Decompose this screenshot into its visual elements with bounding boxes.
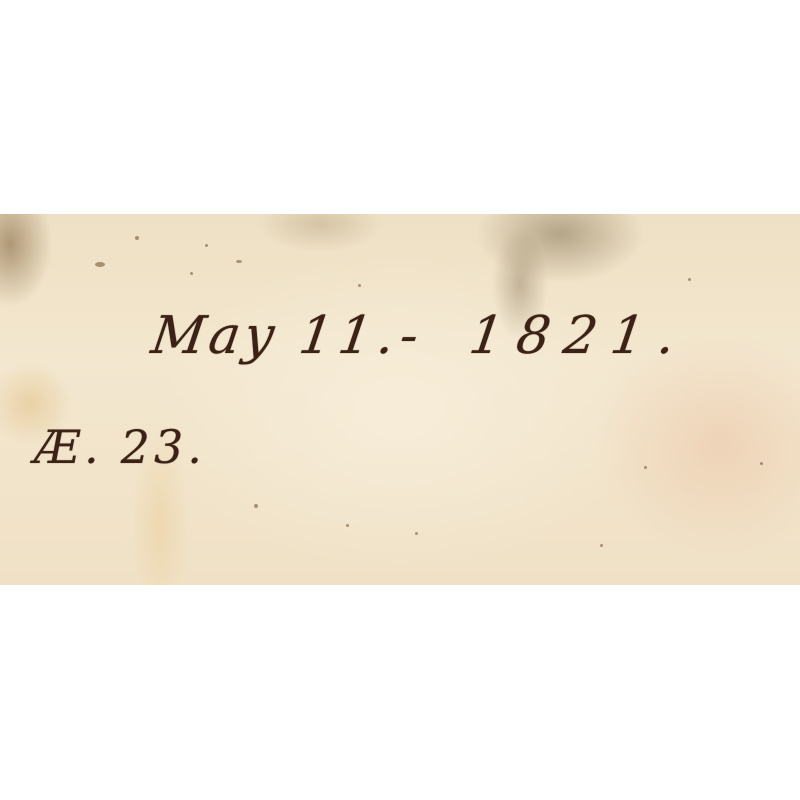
age-prefix: Æ. (34, 420, 103, 474)
stain-speck (760, 462, 763, 465)
stain-speck (644, 466, 647, 469)
date-day: 11. (295, 306, 404, 366)
stain-speck (205, 244, 208, 247)
stain-speck (254, 504, 258, 508)
stain-speck (346, 524, 349, 527)
photo-frame: May11.-1821. Æ.23. (0, 0, 800, 800)
date-month: May (148, 306, 282, 366)
age-inscription: Æ.23. (34, 420, 206, 474)
age-value: 23. (121, 420, 206, 474)
date-year: 1821. (466, 306, 693, 366)
stain-speck (95, 262, 105, 267)
stain-speck (688, 278, 691, 281)
date-inscription: May11.-1821. (148, 306, 693, 366)
aged-paper: May11.-1821. Æ.23. (0, 214, 800, 585)
stain-speck (415, 532, 418, 535)
stain-speck (600, 544, 603, 547)
stain-speck (135, 236, 139, 240)
stain-speck (236, 260, 242, 263)
stain-speck (190, 272, 193, 275)
stain-speck (358, 284, 361, 287)
